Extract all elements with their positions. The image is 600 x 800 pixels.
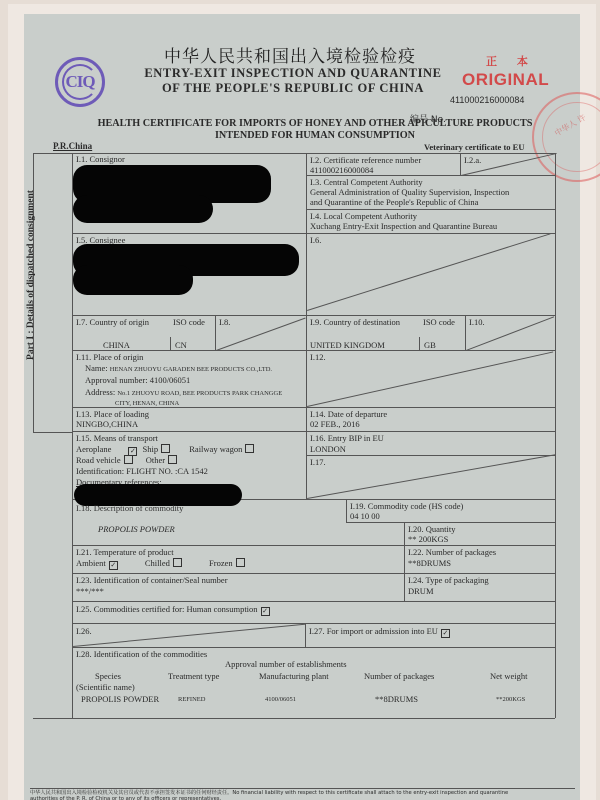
i2a-label: I.2.a. — [461, 154, 484, 167]
address-value-1: No.1 ZHUOYU ROAD, BEE PRODUCTS PARK CHAN… — [117, 390, 282, 397]
part-i-label: Part I : Details of dispatched consignme… — [26, 175, 36, 375]
row-packages: **8DRUMS — [372, 693, 421, 706]
row-net-weight: **200KGS — [493, 694, 528, 707]
name-value: HENAN ZHUOYU GARADEN BEE PRODUCTS CO.,LT… — [110, 366, 272, 373]
row-treatment: REFINED — [175, 694, 208, 707]
chilled-checkbox[interactable] — [173, 558, 182, 567]
destination-iso-value: GB — [421, 339, 439, 352]
footer-disclaimer: 中华人民共和国出入境检验检疫机关及其官员或代表不承担签发本证书的任何财经责任。N… — [30, 790, 578, 800]
name-label: Name: — [85, 363, 108, 373]
packages-value: **8DRUMS — [405, 557, 454, 570]
consignor-label: I.1. Consignor — [73, 153, 128, 166]
description-value: PROPOLIS POWDER — [95, 523, 178, 536]
origin-country-label: I.7. Country of origin — [73, 316, 152, 329]
import-eu-label: I.27. For import or admission into EU — [309, 626, 438, 636]
english-title-line2: OF THE PEOPLE'S REPUBLIC OF CHINA — [138, 81, 448, 96]
cert-ref-value: 411000216000084 — [307, 164, 376, 177]
country-label: P.R.China — [53, 141, 92, 151]
aeroplane-label: Aeroplane — [76, 444, 111, 454]
i26-label: I.26. — [73, 625, 95, 638]
zhengben-label: 正 本 — [486, 53, 536, 69]
other-checkbox[interactable] — [168, 455, 177, 464]
col-packages: Number of packages — [361, 670, 437, 683]
footer-line2: authorities of the P. R. of China or to … — [30, 796, 578, 800]
ciq-logo-icon: CIQ — [55, 57, 105, 107]
divider — [72, 601, 555, 602]
divider — [170, 337, 171, 350]
divider — [33, 432, 73, 433]
chinese-title: 中华人民共和国出入境检验检疫 — [160, 42, 420, 67]
origin-country-value: CHINA — [100, 339, 133, 352]
loading-place-value: NINGBO,CHINA — [73, 418, 141, 431]
quantity-value: ** 200KGS — [405, 533, 451, 546]
i10-label: I.10. — [466, 316, 488, 329]
container-value: ***/*** — [73, 585, 107, 598]
ship-checkbox[interactable] — [161, 444, 170, 453]
import-eu-checkbox[interactable]: ✓ — [441, 629, 450, 638]
divider — [33, 718, 555, 719]
approval-label: Approval number: — [85, 375, 148, 385]
ship-label: Ship — [143, 444, 159, 454]
hs-code-value: 04 10 00 — [347, 510, 383, 523]
import-eu: I.27. For import or admission into EU✓ — [306, 625, 456, 639]
divider — [72, 623, 555, 624]
road-checkbox[interactable] — [124, 455, 133, 464]
central-authority-value-2: and Quarantine of the People's Republic … — [307, 196, 481, 209]
destination-country-value: UNITED KINGDOM — [307, 339, 388, 352]
local-authority-value: Xuchang Entry-Exit Inspection and Quaran… — [307, 220, 500, 233]
divider — [419, 337, 420, 350]
commodities-id-label: I.28. Identification of the commodities — [73, 648, 210, 661]
certificate-number: 411000216000084 — [450, 95, 524, 105]
scientific-name-label: (Scientific name) — [73, 681, 138, 694]
approval-establishments-header: Approval number of establishments — [222, 658, 350, 671]
redaction — [73, 265, 193, 295]
col-plant: Manufacturing plant — [256, 670, 332, 683]
health-title-line1: HEALTH CERTIFICATE FOR IMPORTS OF HONEY … — [95, 118, 535, 130]
english-title: ENTRY-EXIT INSPECTION AND QUARANTINE OF … — [138, 66, 448, 96]
col-net-weight: Net weight — [487, 670, 531, 683]
i8-label: I.8. — [216, 316, 233, 329]
original-label: ORIGINAL — [462, 70, 549, 90]
railway-checkbox[interactable] — [245, 444, 254, 453]
ambient-label: Ambient — [76, 558, 106, 568]
i12-label: I.12. — [307, 351, 329, 364]
human-consumption-checkbox[interactable]: ✓ — [261, 607, 270, 616]
address-label: Address: — [85, 387, 115, 397]
railway-label: Railway wagon — [189, 444, 242, 454]
destination-iso-label: ISO code — [420, 316, 458, 329]
col-treatment: Treatment type — [165, 670, 222, 683]
entry-bip-value: LONDON — [307, 443, 349, 456]
row-species: PROPOLIS POWDER — [78, 693, 162, 706]
origin-iso-label: ISO code — [170, 316, 208, 329]
other-label: Other — [146, 455, 165, 465]
frozen-label: Frozen — [209, 558, 233, 568]
origin-iso-value: CN — [172, 339, 190, 352]
redaction — [73, 195, 213, 223]
approval-value: 4100/06051 — [150, 375, 191, 385]
certified-for: I.25. Commodities certified for: Human c… — [73, 603, 276, 617]
i6-label: I.6. — [307, 234, 324, 247]
road-label: Road vehicle — [76, 455, 121, 465]
footer-divider — [30, 788, 575, 789]
certified-for-label: I.25. Commodities certified for: Human c… — [76, 604, 258, 614]
description-label: I.18. Description of commodity — [73, 502, 186, 515]
i17-label: I.17. — [307, 456, 329, 469]
english-title-line1: ENTRY-EXIT INSPECTION AND QUARANTINE — [138, 66, 448, 81]
frozen-checkbox[interactable] — [236, 558, 245, 567]
temperature-options: Ambient✓ Chilled Frozen — [73, 557, 251, 571]
divider — [555, 153, 556, 718]
health-certificate-title: HEALTH CERTIFICATE FOR IMPORTS OF HONEY … — [95, 118, 535, 142]
ambient-checkbox[interactable]: ✓ — [109, 561, 118, 570]
packaging-type-value: DRUM — [405, 585, 437, 598]
departure-date-value: 02 FEB., 2016 — [307, 418, 363, 431]
chilled-label: Chilled — [145, 558, 170, 568]
veterinary-certificate-label: Veterinary certificate to EU — [424, 142, 524, 152]
health-title-line2: INTENDED FOR HUMAN CONSUMPTION — [95, 130, 535, 142]
place-origin-approval: Approval number: 4100/06051 — [82, 374, 193, 387]
destination-country-label: I.9. Country of destination — [307, 316, 403, 329]
row-plant: 4100/06051 — [262, 694, 299, 707]
